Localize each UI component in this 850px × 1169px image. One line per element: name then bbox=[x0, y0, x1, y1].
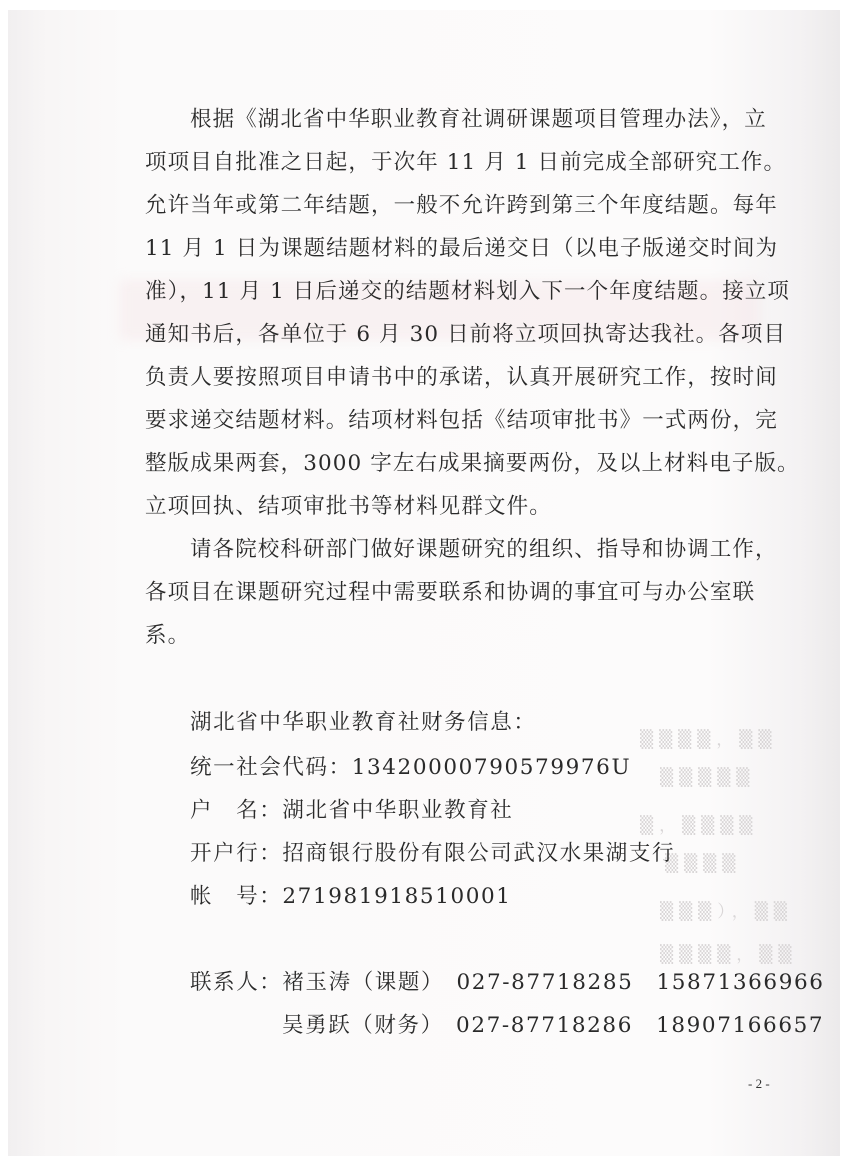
paragraph-2-line: 各项目在课题研究过程中需要联系和协调的事宜可与办公室联 bbox=[145, 580, 755, 606]
show-through-text: ▒，▒▒▒▒ bbox=[640, 811, 758, 836]
finance-credit-code: 统一社会代码：13420000790579976U bbox=[190, 755, 631, 781]
show-through-text: ▒▒▒▒ bbox=[665, 854, 741, 874]
page-number: - 2 - bbox=[748, 1076, 770, 1092]
paragraph-1-line: 根据《湖北省中华职业教育社调研课题项目管理办法》，立 bbox=[190, 107, 767, 133]
show-through-text: ▒▒▒），▒▒ bbox=[660, 897, 793, 922]
show-through-text: ▒▒▒▒▒ bbox=[660, 768, 755, 788]
paragraph-1-line: 整版成果两套，3000 字左右成果摘要两份，及以上材料电子版。 bbox=[145, 451, 800, 477]
paragraph-1-line: 要求递交结题材料。结项材料包括《结项审批书》一式两份，完 bbox=[145, 408, 778, 434]
finance-bank: 开户行：招商银行股份有限公司武汉水果湖支行 bbox=[190, 841, 675, 867]
finance-account-number: 帐 号：271981918510001 bbox=[190, 884, 512, 910]
paragraph-1-line: 项项目自批准之日起，于次年 11 月 1 日前完成全部研究工作。 bbox=[145, 150, 786, 176]
paragraph-2-line: 系。 bbox=[145, 623, 190, 649]
paragraph-2-line: 请各院校科研部门做好课题研究的组织、指导和协调工作， bbox=[190, 537, 778, 563]
paragraph-1-line: 通知书后，各单位于 6 月 30 日前将立项回执寄达我社。各项目 bbox=[145, 322, 786, 348]
show-through-text: ▒▒▒▒，▒▒ bbox=[640, 725, 777, 750]
paragraph-1-line: 允许当年或第二年结题，一般不允许跨到第三个年度结题。每年 bbox=[145, 193, 778, 219]
finance-contact-primary: 联系人：褚玉涛（课题） 027-87718285 15871366966 bbox=[190, 970, 825, 996]
paragraph-1-line: 准），11 月 1 日后递交的结题材料划入下一个年度结题。接立项 bbox=[145, 279, 790, 305]
paragraph-1-line: 11 月 1 日为课题结题材料的最后递交日（以电子版递交时间为 bbox=[145, 236, 778, 262]
finance-heading: 湖北省中华职业教育社财务信息： bbox=[190, 710, 537, 736]
finance-contact-secondary: 吴勇跃（财务） 027-87718286 18907166657 bbox=[282, 1013, 824, 1039]
paragraph-1-line: 立项回执、结项审批书等材料见群文件。 bbox=[145, 494, 552, 520]
finance-account-name: 户 名：湖北省中华职业教育社 bbox=[190, 798, 513, 824]
paragraph-1-line: 负责人要按照项目申请书中的承诺，认真开展研究工作，按时间 bbox=[145, 365, 778, 391]
show-through-text: ▒▒▒▒，▒▒ bbox=[660, 940, 797, 965]
